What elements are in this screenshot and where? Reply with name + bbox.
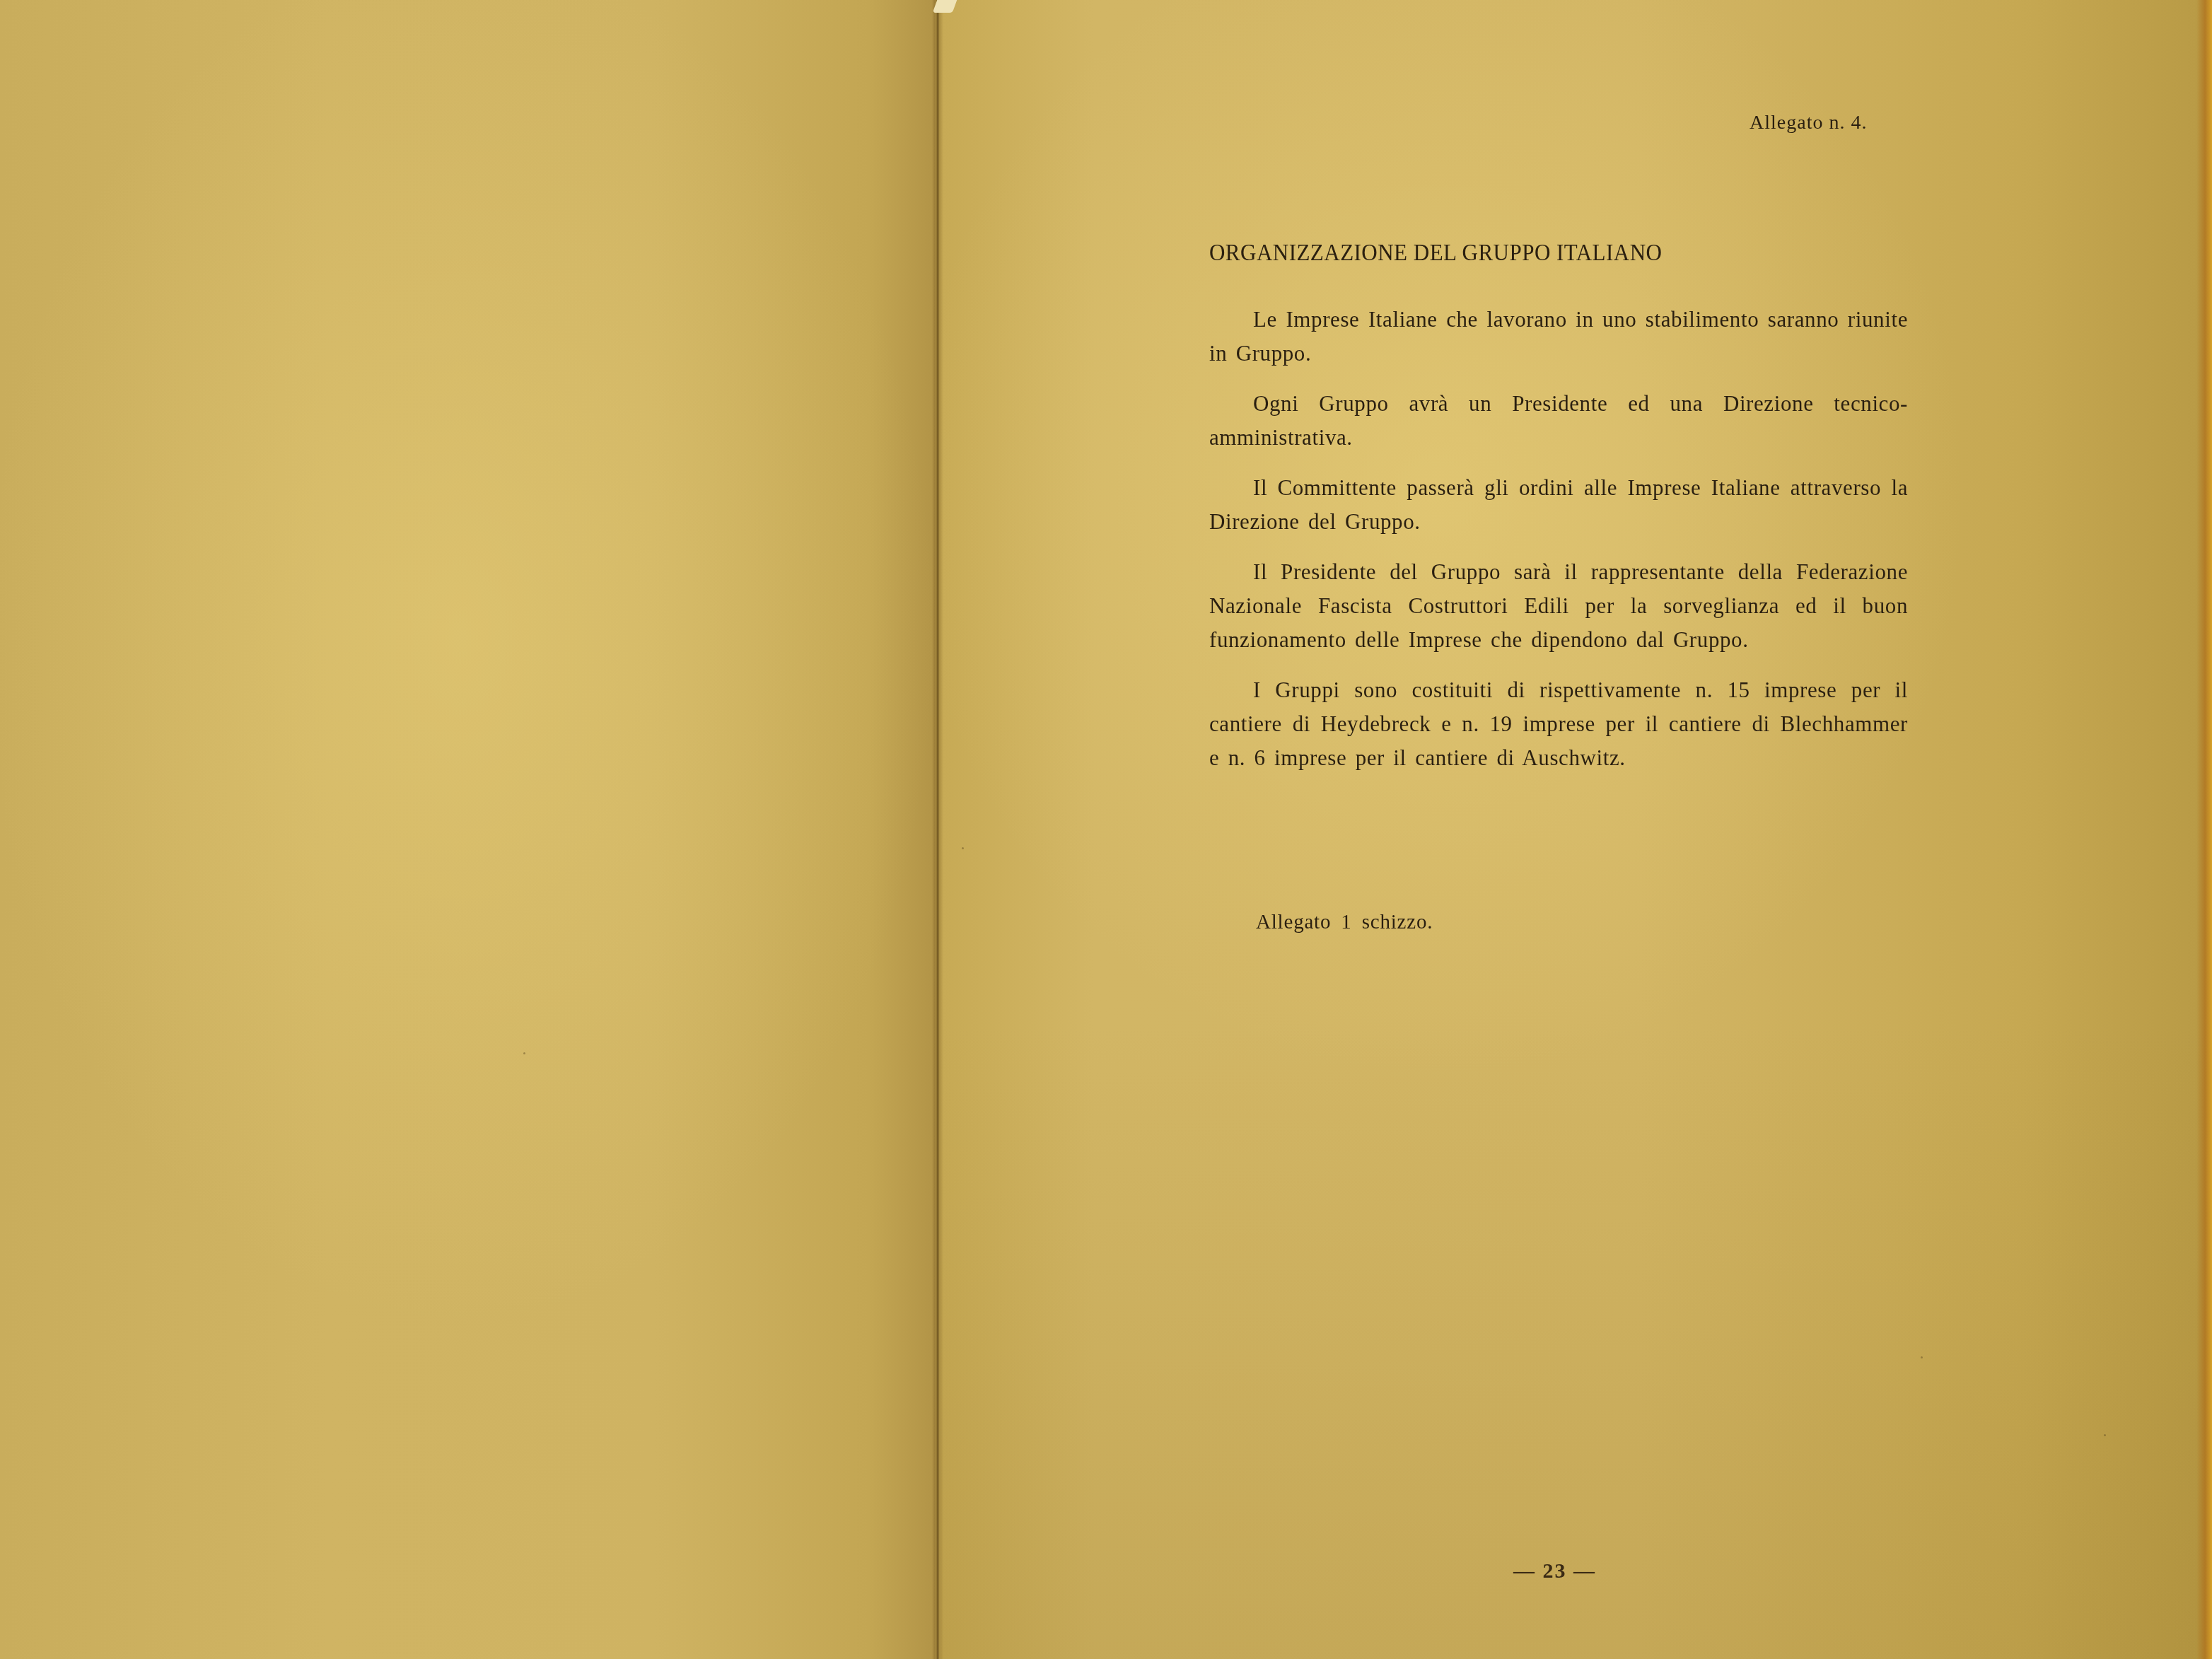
page-edge-shadow [2196,0,2212,1659]
paper-speck [1921,1356,1923,1358]
annex-label: Allegato n. 4. [1750,112,1867,134]
paragraph-3: Il Committente passerà gli ordini alle I… [1209,471,1908,539]
left-page-blank [0,0,935,1659]
document-body: Le Imprese Italiane che lavorano in uno … [1209,303,1908,791]
paragraph-2: Ogni Gruppo avrà un Presidente ed una Di… [1209,387,1908,455]
book-spread: Allegato n. 4. ORGANIZZAZIONE DEL GRUPPO… [0,0,2212,1659]
paragraph-4: Il Presidente del Gruppo sarà il rappres… [1209,555,1908,657]
attachment-note: Allegato 1 schizzo. [1256,911,1433,934]
paper-speck [523,1052,525,1054]
book-gutter [932,0,943,1659]
paragraph-1: Le Imprese Italiane che lavorano in uno … [1209,303,1908,371]
document-title: ORGANIZZAZIONE DEL GRUPPO ITALIANO [1209,240,1662,267]
paper-speck [2104,1434,2106,1436]
paragraph-5: I Gruppi sono costituiti di rispettivame… [1209,673,1908,775]
page-number: — 23 — [1513,1559,1596,1583]
paper-speck [962,847,964,849]
